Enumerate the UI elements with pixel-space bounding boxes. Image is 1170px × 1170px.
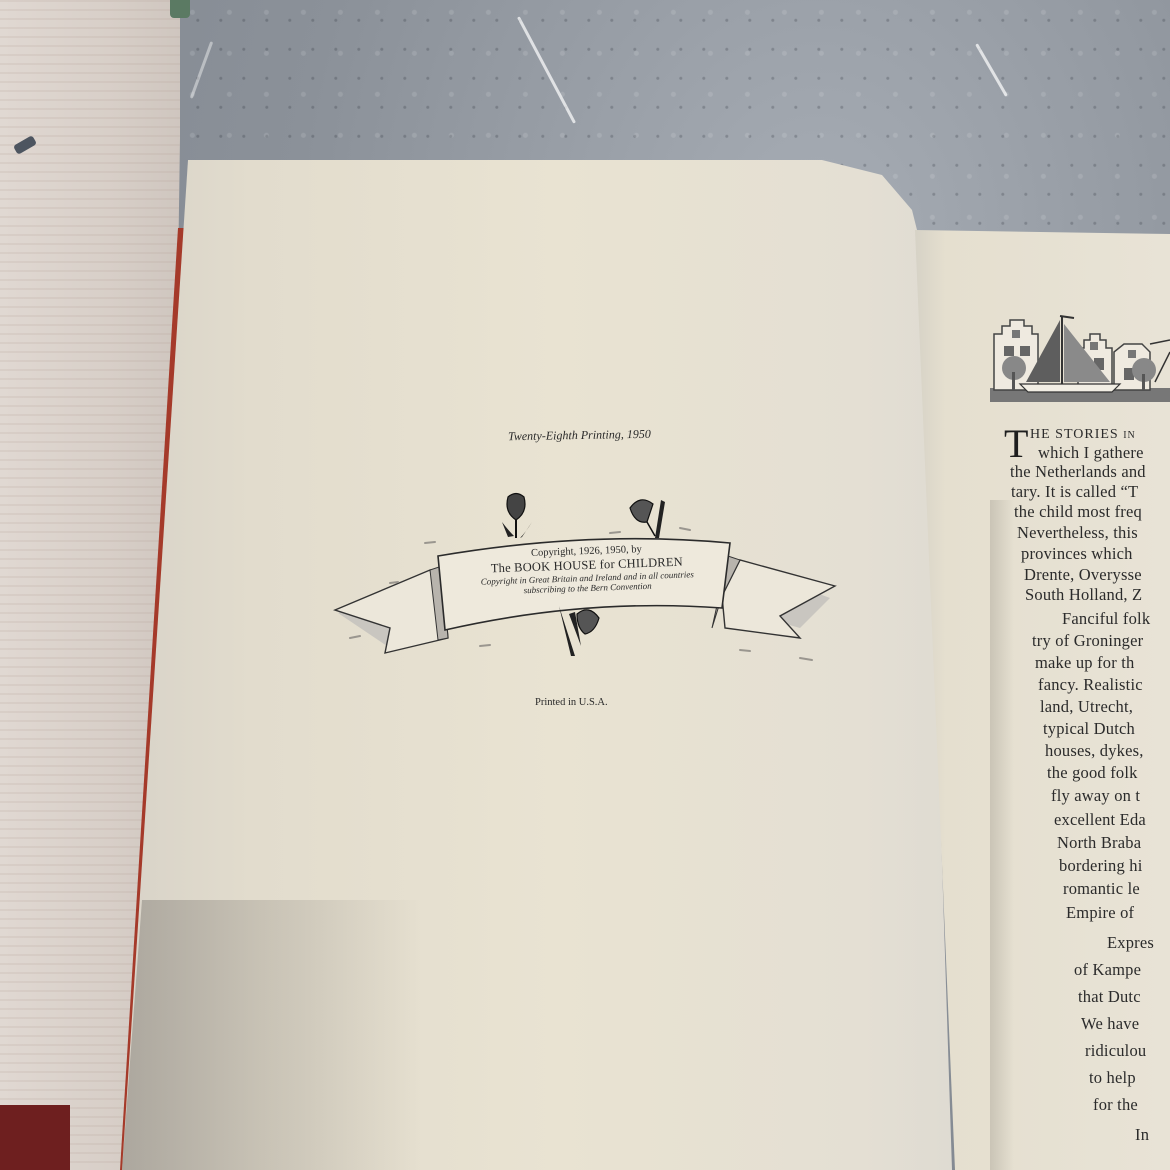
text-line: excellent Eda	[1054, 810, 1146, 830]
bellflower-icon	[630, 500, 665, 538]
text-line: the Netherlands and	[1010, 462, 1146, 482]
printing-edition-line: Twenty-Eighth Printing, 1950	[508, 427, 651, 444]
text-line: HE STORIES in	[1030, 425, 1136, 445]
text-line: try of Groninger	[1032, 631, 1143, 651]
text-line: tary. It is called “T	[1011, 482, 1138, 502]
text-line: Empire of	[1066, 903, 1134, 923]
tulip-icon	[502, 494, 532, 539]
green-object-edge	[170, 0, 190, 18]
text-line: make up for th	[1035, 653, 1134, 673]
text-line: fancy. Realistic	[1038, 675, 1143, 695]
text-line: to help	[1089, 1068, 1136, 1088]
text-line: Nevertheless, this	[1017, 523, 1138, 543]
text-line: which I gathere	[1038, 443, 1144, 463]
page-gutter	[990, 500, 1014, 1170]
text-line: In	[1135, 1125, 1149, 1145]
drop-cap: T	[1004, 424, 1028, 464]
text-line: houses, dykes,	[1045, 741, 1144, 761]
text-line: bordering hi	[1059, 856, 1143, 876]
text-line: Fanciful folk	[1062, 609, 1150, 629]
red-object-corner	[0, 1105, 70, 1170]
printed-in-usa: Printed in U.S.A.	[535, 697, 608, 708]
text-line: Drente, Overysse	[1024, 565, 1142, 585]
text-line: fly away on t	[1051, 786, 1140, 806]
text-line: ridiculou	[1085, 1041, 1146, 1061]
sailboat-houses-icon	[990, 312, 1170, 404]
text-line: the good folk	[1047, 763, 1138, 783]
finger-shadow	[122, 900, 422, 1170]
text-line: romantic le	[1063, 879, 1140, 899]
text-line: typical Dutch	[1043, 719, 1135, 739]
text-line: North Braba	[1057, 833, 1141, 853]
text-line: provinces which	[1021, 544, 1133, 564]
text-line: the child most freq	[1014, 502, 1142, 522]
text-line: Expres	[1107, 933, 1154, 953]
bellflower-icon	[559, 606, 599, 656]
text-line: for the	[1093, 1095, 1138, 1115]
dutch-canal-illustration	[990, 312, 1170, 404]
text-line: land, Utrecht,	[1040, 697, 1133, 717]
text-line: South Holland, Z	[1025, 585, 1142, 605]
text-line: We have	[1081, 1014, 1139, 1034]
text-line: of Kampe	[1074, 960, 1141, 980]
text-line: that Dutc	[1078, 987, 1141, 1007]
copyright-banner: Copyright, 1926, 1950, by The BOOK HOUSE…	[330, 488, 840, 678]
